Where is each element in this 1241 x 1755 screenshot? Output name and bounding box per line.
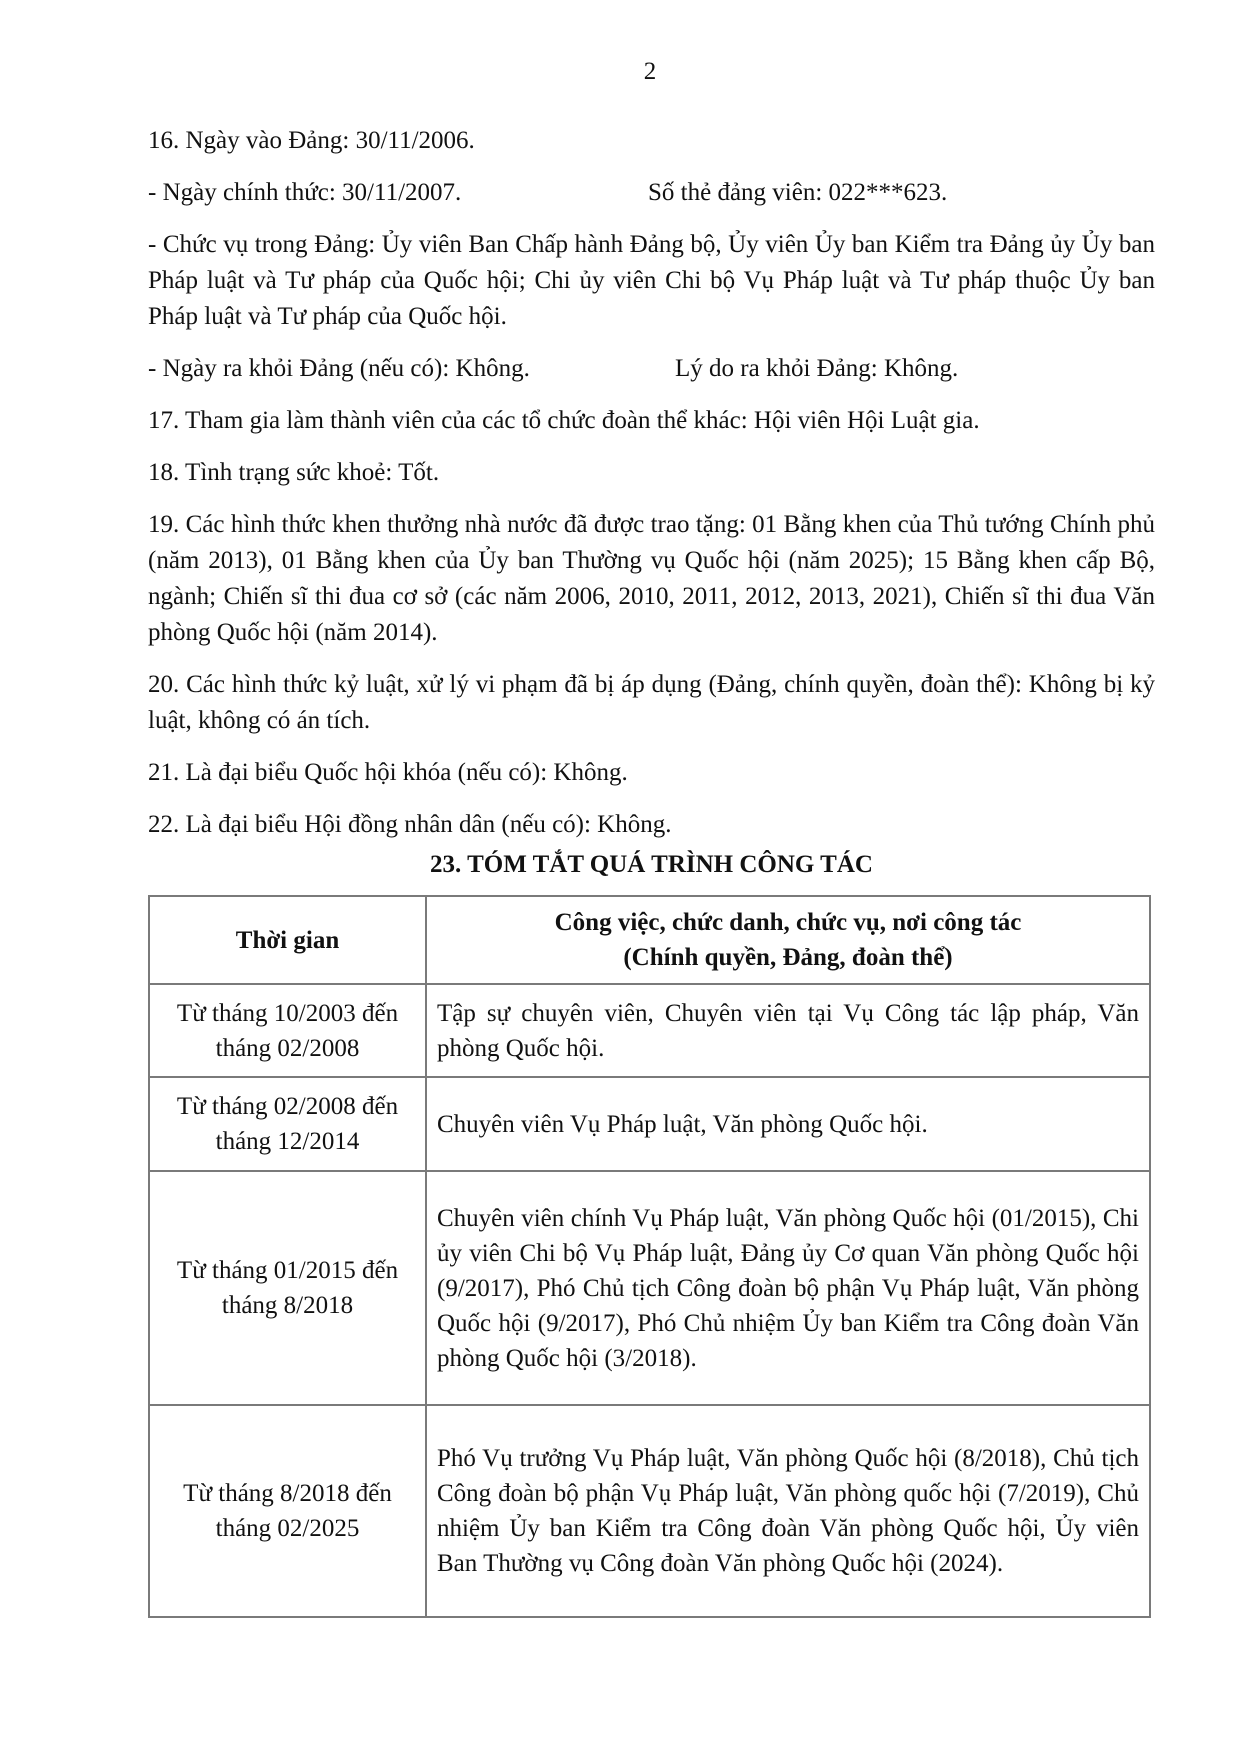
row-description: Phó Vụ trưởng Vụ Pháp luật, Văn phòng Qu… [426, 1405, 1150, 1617]
document-body: 16. Ngày vào Đảng: 30/11/2006. - Ngày ch… [148, 123, 1155, 1618]
row-description: Chuyên viên Vụ Pháp luật, Văn phòng Quốc… [426, 1077, 1150, 1171]
row-time: Từ tháng 8/2018 đến tháng 02/2025 [149, 1405, 426, 1617]
party-card-number: Số thẻ đảng viên: 022***623. [648, 175, 947, 211]
table-header-row: Thời gian Công việc, chức danh, chức vụ,… [149, 896, 1150, 984]
disciplinary-record: 20. Các hình thức kỷ luật, xử lý vi phạm… [148, 667, 1155, 739]
row-time: Từ tháng 01/2015 đến tháng 8/2018 [149, 1171, 426, 1405]
party-leave-line: - Ngày ra khỏi Đảng (nếu có): Không. Lý … [148, 351, 1155, 387]
table-row: Từ tháng 02/2008 đến tháng 12/2014 Chuyê… [149, 1077, 1150, 1171]
party-position: - Chức vụ trong Đảng: Ủy viên Ban Chấp h… [148, 227, 1155, 335]
work-history-title: 23. TÓM TẮT QUÁ TRÌNH CÔNG TÁC [148, 847, 1155, 883]
header-description-line1: Công việc, chức danh, chức vụ, nơi công … [433, 905, 1143, 940]
other-organizations: 17. Tham gia làm thành viên của các tổ c… [148, 403, 1155, 439]
table-row: Từ tháng 01/2015 đến tháng 8/2018 Chuyên… [149, 1171, 1150, 1405]
party-official-date: - Ngày chính thức: 30/11/2007. [148, 179, 461, 206]
row-description: Chuyên viên chính Vụ Pháp luật, Văn phòn… [426, 1171, 1150, 1405]
party-official-line: - Ngày chính thức: 30/11/2007. Số thẻ đả… [148, 175, 1155, 211]
party-leave-reason: Lý do ra khỏi Đảng: Không. [675, 351, 958, 387]
page-number: 2 [0, 58, 1241, 86]
table-row: Từ tháng 10/2003 đến tháng 02/2008 Tập s… [149, 984, 1150, 1077]
party-leave-date: - Ngày ra khỏi Đảng (nếu có): Không. [148, 355, 530, 382]
row-description: Tập sự chuyên viên, Chuyên viên tại Vụ C… [426, 984, 1150, 1077]
party-join-date: 16. Ngày vào Đảng: 30/11/2006. [148, 123, 1155, 159]
health-status: 18. Tình trạng sức khoẻ: Tốt. [148, 455, 1155, 491]
header-description: Công việc, chức danh, chức vụ, nơi công … [426, 896, 1150, 984]
work-history-table: Thời gian Công việc, chức danh, chức vụ,… [148, 895, 1151, 1618]
header-time: Thời gian [149, 896, 426, 984]
header-description-line2: (Chính quyền, Đảng, đoàn thể) [433, 940, 1143, 975]
row-time: Từ tháng 10/2003 đến tháng 02/2008 [149, 984, 426, 1077]
row-time: Từ tháng 02/2008 đến tháng 12/2014 [149, 1077, 426, 1171]
table-row: Từ tháng 8/2018 đến tháng 02/2025 Phó Vụ… [149, 1405, 1150, 1617]
peoples-council-delegate: 22. Là đại biểu Hội đồng nhân dân (nếu c… [148, 807, 1155, 843]
awards: 19. Các hình thức khen thưởng nhà nước đ… [148, 507, 1155, 651]
national-assembly-delegate: 21. Là đại biểu Quốc hội khóa (nếu có): … [148, 755, 1155, 791]
